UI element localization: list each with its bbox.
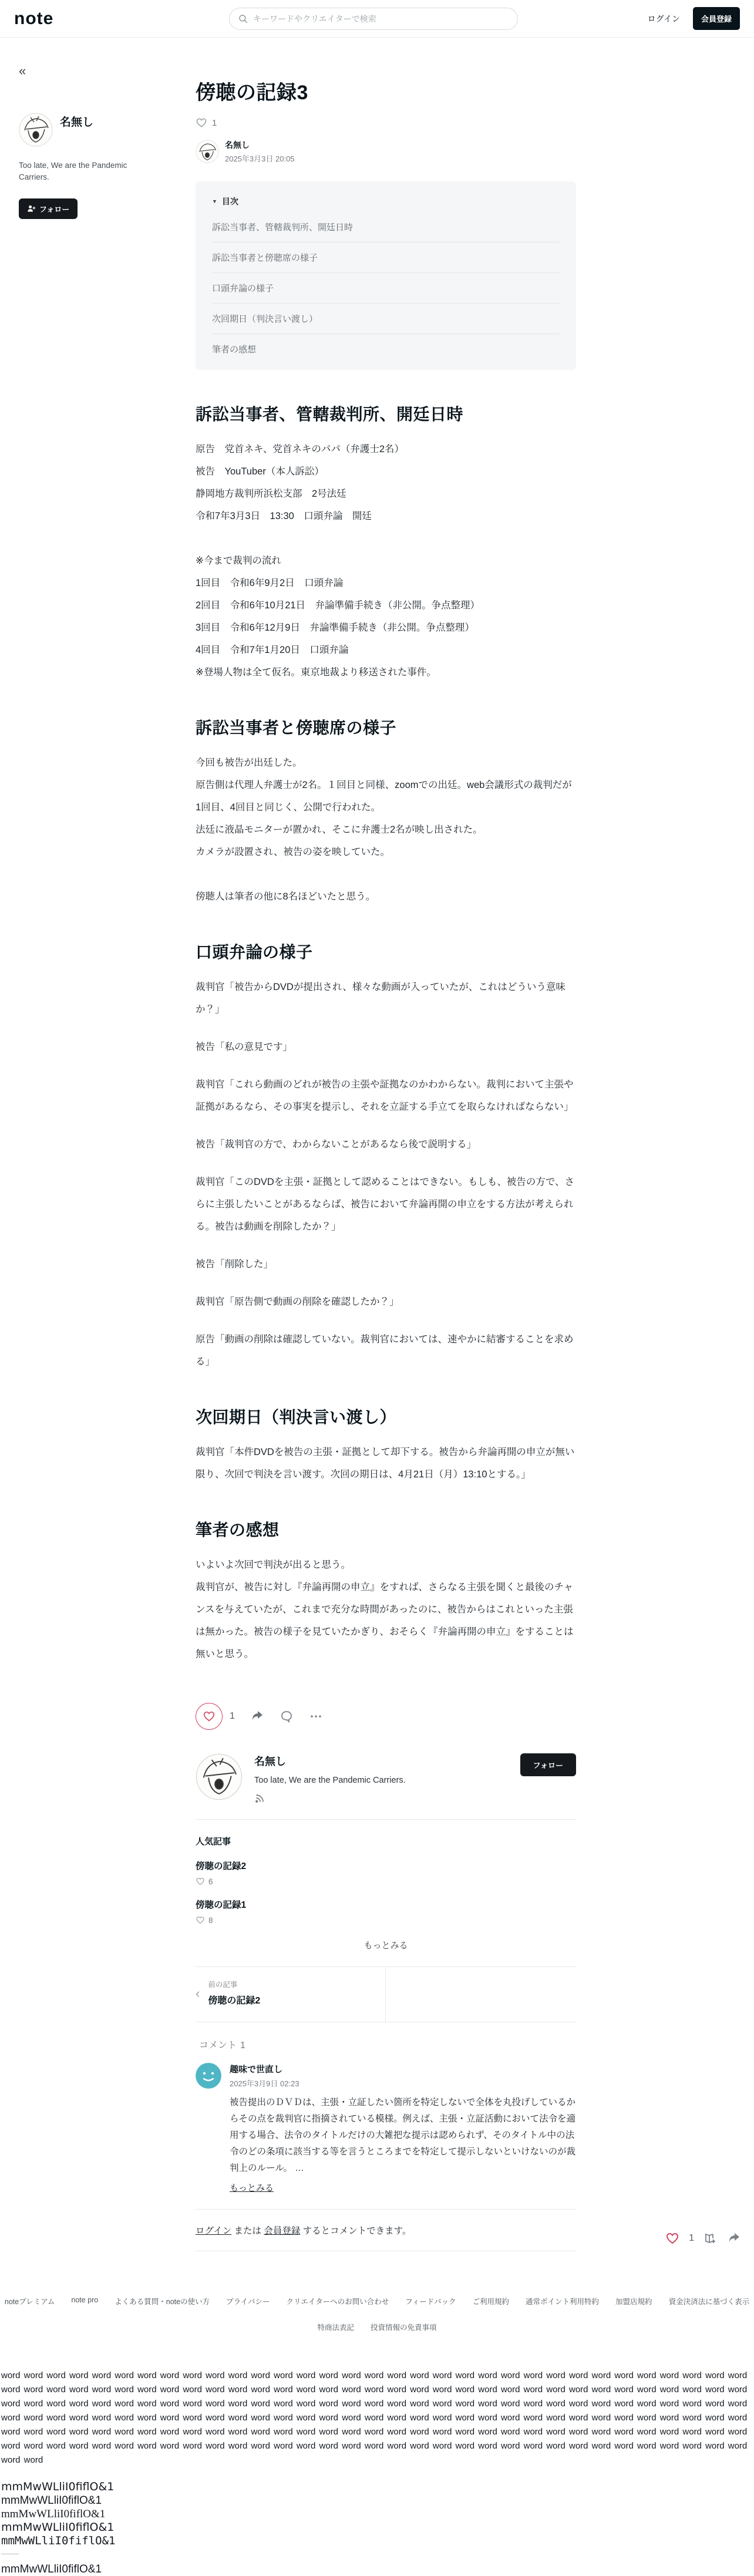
dialogue-paragraph: 被告「削除した」 xyxy=(196,1253,576,1275)
author-avatar[interactable] xyxy=(196,1753,243,1800)
section-heading: 訴訟当事者と傍聴席の様子 xyxy=(196,715,576,739)
article-pagination: ‹ 前の記事 傍聴の記録2 xyxy=(196,1967,576,2022)
footer-link[interactable]: 加盟店規約 xyxy=(615,2296,652,2306)
ellipsis-icon xyxy=(309,1709,323,1723)
comment-date: 2025年3月9日 02:23 xyxy=(230,2077,576,2089)
sidebar-author-name[interactable]: 名無し xyxy=(60,113,93,129)
body-line: 法廷に液晶モニターが置かれ、そこに弁護士2名が映し出された。 xyxy=(196,819,576,841)
footer-link[interactable]: ご利用規約 xyxy=(473,2296,510,2306)
like-button[interactable] xyxy=(196,1703,223,1730)
rss-icon xyxy=(254,1792,266,1804)
article-date: 2025年3月3日 20:05 xyxy=(225,153,295,164)
previous-article-title: 傍聴の記録2 xyxy=(208,1993,260,2006)
chevron-down-icon: ▼ xyxy=(212,198,217,204)
note-logo[interactable]: note xyxy=(14,9,53,29)
font-test-line: mmMwWLliI0fiflO&1 xyxy=(1,2480,754,2494)
author-card: 名無し Too late, We are the Pandemic Carrie… xyxy=(196,1753,576,1804)
author-avatar-small[interactable] xyxy=(196,140,219,163)
dialogue-paragraph: 裁判官「本件DVDを被告の主張・証拠として却下する。被告から弁論再開の申立が無い… xyxy=(196,1441,576,1486)
divider xyxy=(1,2554,19,2554)
font-test-line: mmMwWLliI0fiflO&1 xyxy=(1,2521,754,2534)
body-line: 原告側は代理人弁護士が2名。１回目と同様、zoomでの出廷。web会議形式の裁判… xyxy=(196,774,576,819)
list-item[interactable]: 傍聴の記録2 6 xyxy=(196,1859,576,1886)
commenter-name[interactable]: 趣味で世直し xyxy=(230,2063,576,2075)
toc-item[interactable]: 訴訟当事者と傍聴席の様子 xyxy=(212,243,560,273)
commenter-avatar[interactable] xyxy=(196,2063,221,2089)
toc-item[interactable]: 次回期日（判決言い渡し） xyxy=(212,304,560,334)
dialogue-paragraph: 裁判官「原告側で動画の削除を確認したか？」 xyxy=(196,1291,576,1313)
popular-item-title[interactable]: 傍聴の記録2 xyxy=(196,1859,576,1872)
see-more-button[interactable]: もっとみる xyxy=(196,1939,576,1951)
login-link[interactable]: ログイン xyxy=(648,13,680,25)
footer-link[interactable]: プライバシー xyxy=(226,2296,270,2306)
comments-header: コメント1 xyxy=(196,2038,576,2051)
list-item[interactable]: 傍聴の記録1 8 xyxy=(196,1898,576,1925)
article-action-bar: 1 xyxy=(196,1703,576,1730)
footer-link[interactable]: クリエイターへのお問い合わせ xyxy=(286,2296,389,2306)
section-heading: 次回期日（判決言い渡し） xyxy=(196,1405,576,1428)
body-line: 3回目 令和6年12月9日 弁論準備手続き（非公開。争点整理） xyxy=(196,617,576,639)
comment-see-more-link[interactable]: もっとみる xyxy=(230,2181,274,2194)
body-line: 令和7年3月3日 13:30 口頭弁論 開廷 xyxy=(196,505,576,527)
footer-links-row: 特商法表記 投資情報の免責事項 xyxy=(0,2322,754,2332)
heart-icon xyxy=(203,1710,216,1723)
comment-login-prompt: ログイン または 会員登録 するとコメントできます。 xyxy=(196,2224,576,2237)
font-test-line: mmMwWLliI0fiflO&1 xyxy=(1,2562,754,2576)
search-input[interactable] xyxy=(253,14,509,23)
footer-link[interactable]: 特商法表記 xyxy=(317,2322,354,2332)
dialogue-paragraph: 裁判官「このDVDを主張・証拠として認めることはできない。もしも、被告の方で、さ… xyxy=(196,1171,576,1238)
collapse-sidebar-icon[interactable]: « xyxy=(19,65,179,78)
previous-article-label: 前の記事 xyxy=(208,1979,260,1989)
comments-count: 1 xyxy=(240,2040,245,2050)
dialogue-paragraph: 被告「裁判官の方で、わからないことがあるなら後で説明する」 xyxy=(196,1133,576,1156)
comment-button[interactable] xyxy=(280,1709,294,1723)
author-avatar[interactable] xyxy=(19,113,53,147)
page-footer: noteプレミアム note pro よくある質問・noteの使い方 プライバシ… xyxy=(0,2278,754,2332)
popular-articles: 人気記事 傍聴の記録2 6 傍聴の記録1 8 もっとみる xyxy=(196,1835,576,1951)
page-title: 傍聴の記録3 xyxy=(196,76,576,105)
dialogue-paragraph: 原告「動画の削除は確認していない。裁判官においては、速やかに結審することを求める… xyxy=(196,1328,576,1373)
footer-link[interactable]: noteプレミアム xyxy=(5,2296,55,2306)
divider xyxy=(196,2251,576,2251)
like-count: 1 xyxy=(230,1711,235,1722)
toc-item[interactable]: 口頭弁論の様子 xyxy=(212,273,560,304)
body-line: カメラが設置され、被告の姿を映していた。 xyxy=(196,841,576,863)
popular-item-title[interactable]: 傍聴の記録1 xyxy=(196,1898,576,1911)
heart-icon xyxy=(665,2231,679,2245)
search-bar[interactable] xyxy=(229,8,518,30)
body-line: いよいよ次回で判決が出ると思う。 xyxy=(196,1554,576,1576)
title-like-count: 1 xyxy=(212,118,217,128)
body-line: ※登場人物は全て仮名。東京地裁より移送された事件。 xyxy=(196,661,576,683)
divider xyxy=(196,2209,576,2210)
comment-item: 趣味で世直し 2025年3月9日 02:23 被告提出のＤＶＤは、主張・立証した… xyxy=(196,2063,576,2194)
article-author-row[interactable]: 名無し 2025年3月3日 20:05 xyxy=(196,139,576,164)
top-nav: note ログイン 会員登録 xyxy=(0,0,754,38)
body-line: 1回目 令和6年9月2日 口頭弁論 xyxy=(196,572,576,594)
footer-link[interactable]: 通常ポイント利用特約 xyxy=(526,2296,599,2306)
add-to-magazine-button[interactable] xyxy=(703,2231,718,2245)
sidebar-author-bio: Too late, We are the Pandemic Carriers. xyxy=(19,160,142,183)
search-icon xyxy=(238,14,248,24)
login-link[interactable]: ログイン xyxy=(196,2226,231,2236)
body-line: 4回目 令和7年1月20日 口頭弁論 xyxy=(196,639,576,661)
share-button[interactable] xyxy=(250,1709,264,1723)
title-like-row: 1 xyxy=(196,117,576,129)
more-options-button[interactable] xyxy=(309,1709,323,1723)
share-icon xyxy=(250,1709,264,1723)
comment-body: 被告提出のＤＶＤは、主張・立証したい箇所を特定しないで全体を丸投げしているからそ… xyxy=(230,2095,576,2177)
author-card-follow-button[interactable]: フォロー xyxy=(520,1753,576,1776)
dialogue-paragraph: 裁判官「これら動画のどれが被告の主張や証拠なのかわからない。裁判において主張や証… xyxy=(196,1073,576,1118)
section-heading: 訴訟当事者、管轄裁判所、開廷日時 xyxy=(196,402,576,425)
dialogue-paragraph: 被告「私の意見です」 xyxy=(196,1036,576,1058)
toc-item[interactable]: 筆者の感想 xyxy=(212,334,560,364)
section-heading: 筆者の感想 xyxy=(196,1517,576,1541)
toc-item[interactable]: 訴訟当事者、管轄裁判所、開廷日時 xyxy=(212,212,560,243)
person-add-icon xyxy=(27,204,36,213)
nav-right: ログイン 会員登録 xyxy=(648,7,740,30)
toc-toggle[interactable]: ▼ 目次 xyxy=(212,196,560,207)
author-card-bio: Too late, We are the Pandemic Carriers. xyxy=(254,1776,406,1785)
comment-icon xyxy=(280,1709,294,1723)
floating-action-bar: 1 xyxy=(665,2231,741,2245)
article-main: 傍聴の記録3 1 名無し 2025年3月3日 20:05 ▼ xyxy=(196,38,576,2251)
author-card-name[interactable]: 名無し xyxy=(254,1753,406,1769)
share-button[interactable] xyxy=(727,2231,741,2245)
like-button[interactable] xyxy=(665,2231,679,2245)
body-line: 傍聴人は筆者の他に8名ほどいたと思う。 xyxy=(196,885,576,908)
body-line: 今回も被告が出廷した。 xyxy=(196,752,576,774)
body-line: 被告 YouTuber（本人訴訟） xyxy=(196,460,576,483)
footer-links-row: noteプレミアム note pro よくある質問・noteの使い方 プライバシ… xyxy=(0,2296,754,2306)
sidebar-follow-button[interactable]: フォロー xyxy=(19,198,78,219)
signup-button[interactable]: 会員登録 xyxy=(693,7,740,30)
heart-icon[interactable] xyxy=(196,117,207,129)
author-sidebar: « 名無し Too late, We are the Pandemic Carr… xyxy=(0,38,196,219)
font-test-line: mmMwWLliI0fiflO&1 xyxy=(1,2534,754,2548)
body-line: 静岡地方裁判所浜松支部 2号法廷 xyxy=(196,483,576,505)
popular-item-likes: 8 xyxy=(208,1916,213,1925)
body-line: ※今まで裁判の流れ xyxy=(196,550,576,572)
font-test-line: mmMwWLliI0fiflO&1 xyxy=(1,2494,754,2507)
popular-item-likes: 6 xyxy=(208,1877,213,1886)
font-test-block: mmMwWLliI0fiflO&1 mmMwWLliI0fiflO&1 mmMw… xyxy=(0,2480,754,2576)
divider xyxy=(196,2022,576,2022)
footer-link[interactable]: よくある質問・noteの使い方 xyxy=(115,2296,210,2306)
dialogue-paragraph: 裁判官「被告からDVDが提出され、様々な動画が入っていたが、これはどういう意味か… xyxy=(196,976,576,1021)
article-author-name[interactable]: 名無し xyxy=(225,139,295,151)
body-line: 原告 党首ネキ、党首ネキのパパ（弁護士2名） xyxy=(196,438,576,460)
rss-button[interactable] xyxy=(254,1792,406,1804)
chevron-left-icon: ‹ xyxy=(196,1987,200,2000)
section-heading: 口頭弁論の様子 xyxy=(196,940,576,963)
signup-link[interactable]: 会員登録 xyxy=(264,2226,300,2236)
heart-icon xyxy=(196,1877,205,1886)
previous-article-link[interactable]: ‹ 前の記事 傍聴の記録2 xyxy=(196,1967,386,2022)
heart-icon xyxy=(196,1915,205,1925)
divider xyxy=(196,1819,576,1820)
footer-link[interactable]: note pro xyxy=(71,2296,98,2306)
footer-link[interactable]: フィードバック xyxy=(405,2296,456,2306)
body-line: 裁判官が、被告に対し『弁論再開の申立』をすれば、さらなる主張を聞くと最後のチャン… xyxy=(196,1576,576,1665)
footer-link[interactable]: 投資情報の免責事項 xyxy=(371,2322,437,2332)
share-icon xyxy=(727,2231,741,2245)
table-of-contents: ▼ 目次 訴訟当事者、管轄裁判所、開廷日時 訴訟当事者と傍聴席の様子 口頭弁論の… xyxy=(196,181,576,370)
word-filler-block: word word word word word word word word … xyxy=(0,2369,754,2467)
body-line: 2回目 令和6年10月21日 弁論準備手続き（非公開。争点整理） xyxy=(196,594,576,617)
popular-label: 人気記事 xyxy=(196,1835,576,1847)
next-article-slot xyxy=(386,1967,576,2022)
magazine-add-icon xyxy=(703,2231,718,2245)
footer-link[interactable]: 資金決済法に基づく表示 xyxy=(669,2296,750,2306)
like-count: 1 xyxy=(689,2233,694,2244)
font-test-line: mmMwWLliI0fiflO&1 xyxy=(1,2507,754,2521)
